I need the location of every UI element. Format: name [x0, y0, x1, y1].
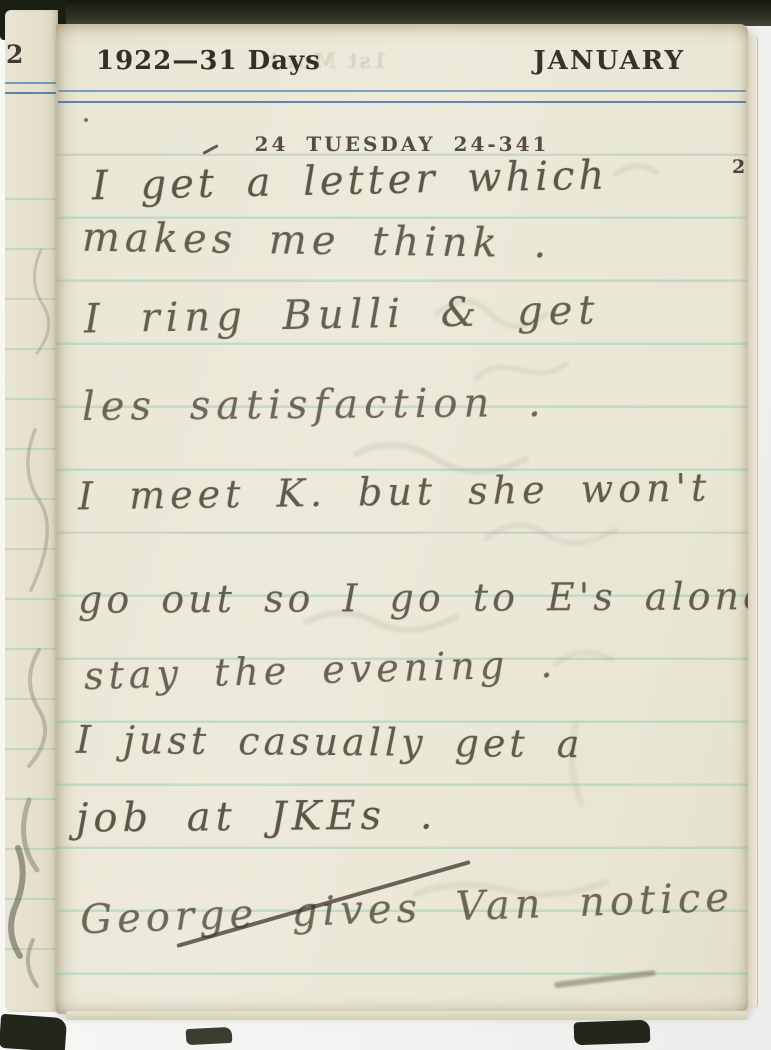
book-cover-bottom-left — [0, 1014, 67, 1050]
book-cover-top-edge — [0, 0, 771, 26]
pencil-scribbles-showthrough — [5, 10, 58, 1012]
handwritten-line: I ring Bulli & get — [84, 287, 601, 342]
handwritten-line: job at JKEs . — [76, 792, 438, 841]
diary-page: 1st Mont 1922—31 Days JANUARY 24TUESDAY2… — [56, 24, 748, 1014]
book-cover-bottom-center — [574, 1020, 651, 1046]
handwritten-line: I meet K. but she won't — [78, 466, 712, 519]
book-cover-bottom-fragment — [186, 1027, 233, 1045]
page-stack-right-edge — [748, 36, 758, 1008]
handwritten-line: makes me think . — [82, 215, 552, 268]
photo-background: 2 1st Mont 1922—31 Days JANUARY 24TUESDA… — [0, 0, 771, 1050]
page-stack-bottom-edge — [66, 1011, 748, 1020]
handwritten-line: go out so I go to E's alone — [78, 574, 748, 622]
handwritten-line: I just casually get a — [76, 718, 584, 766]
previous-page-edge: 2 — [5, 10, 58, 1012]
handwritten-line: les satisfaction . — [82, 380, 547, 430]
